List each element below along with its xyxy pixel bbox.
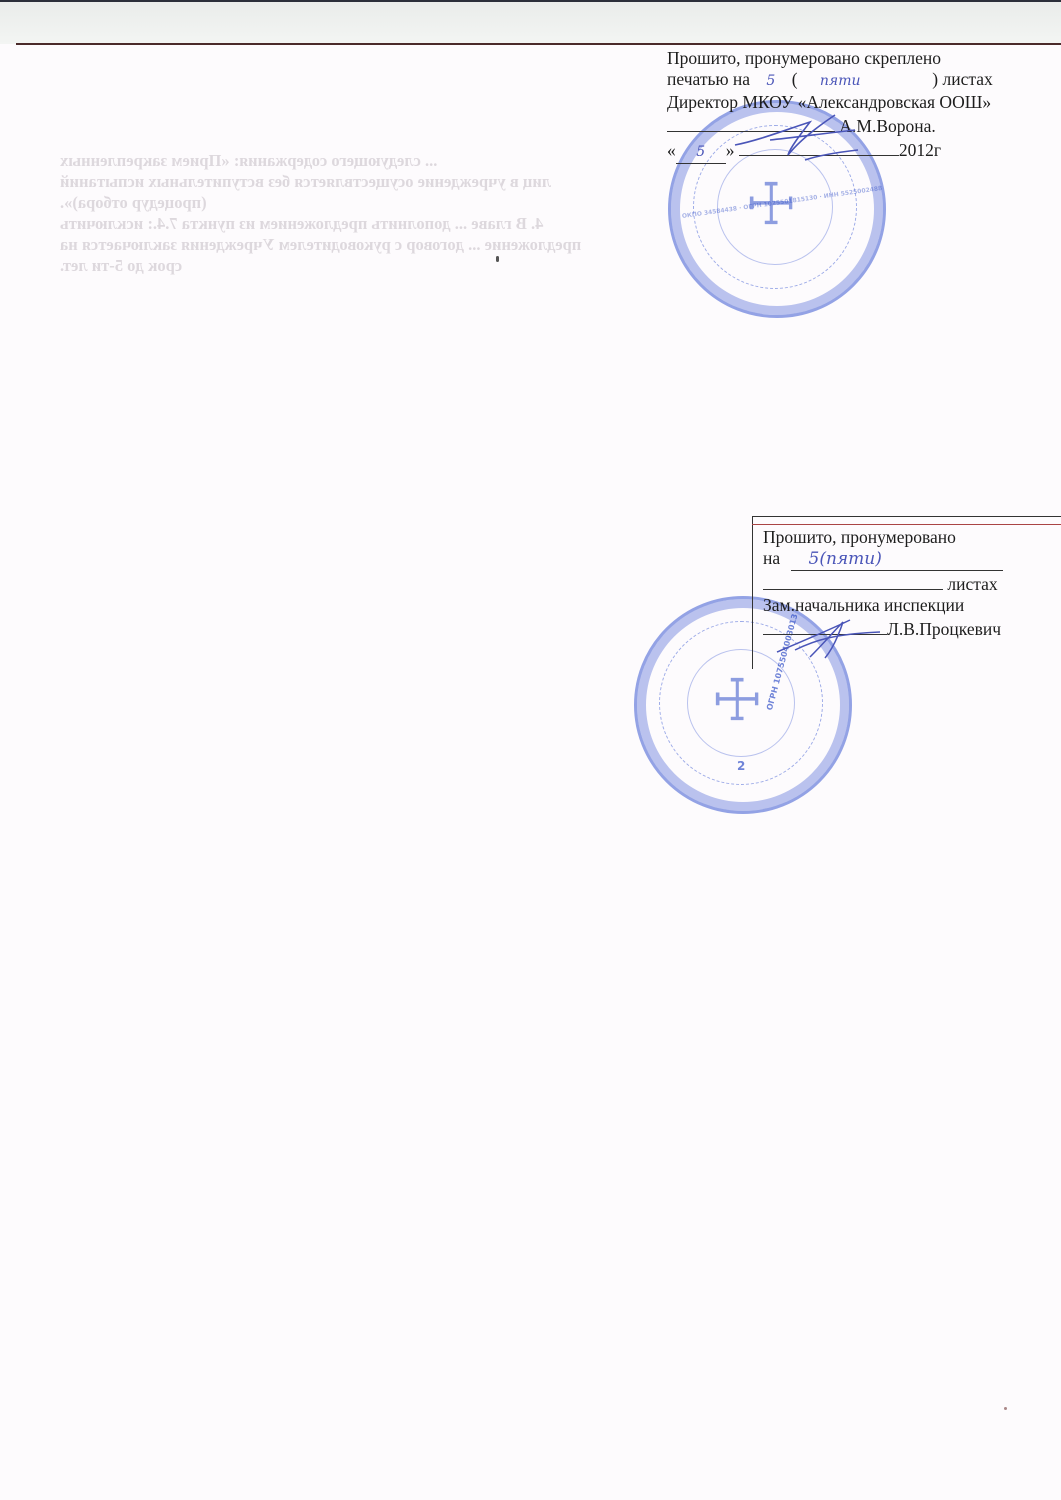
cert-text: листах (947, 574, 997, 594)
month-line (739, 137, 899, 156)
scanner-background (0, 0, 1061, 44)
handwritten-page-words: пяти (820, 71, 928, 92)
signature-line (763, 616, 887, 635)
handwritten-page-count: 5 (766, 73, 775, 89)
cert-line: Прошито, пронумеровано (763, 527, 1061, 548)
cert-line: печатью на 5 ( пяти ) листах (667, 69, 1061, 92)
cert-line: на 5(пяти) (763, 548, 1061, 571)
scan-speck (496, 256, 499, 262)
scan-speck (1004, 1407, 1007, 1410)
handwritten-day: 5 (696, 144, 705, 160)
handwritten-page-count: 5(пяти) (809, 549, 882, 569)
cert-text: « (667, 140, 676, 160)
cert-line: листах (763, 571, 1061, 595)
eagle-emblem-icon: ☩ (711, 671, 763, 729)
certification-block-bottom: Прошито, пронумеровано на 5(пяти) листах… (763, 527, 1061, 640)
cert-year: 2012г (899, 140, 941, 160)
cert-text: печатью на (667, 69, 750, 89)
signatory-name: Л.В.Процкевич (887, 619, 1001, 639)
stamp-center-number: 2 (737, 759, 745, 773)
scanner-edge (0, 0, 1061, 2)
cert-text: на (763, 548, 780, 568)
cert-line: Зам.начальника инспекции (763, 595, 1061, 616)
signatory-name: А.М.Ворона. (839, 116, 935, 136)
cert-text: » (726, 140, 735, 160)
signature-line (667, 113, 835, 132)
box-top-rule (752, 524, 1061, 525)
cert-text: ( (792, 69, 798, 89)
cert-line: Л.В.Процкевич (763, 616, 1061, 640)
cert-text: ) листах (932, 69, 992, 89)
cert-line: Прошито, пронумеровано скреплено (667, 48, 1061, 69)
cert-date-line: «5» 2012г (667, 137, 1061, 164)
blank-line (763, 571, 943, 590)
certification-block-top: Прошито, пронумеровано скреплено печатью… (667, 48, 1061, 164)
cert-line: А.М.Ворона. (667, 113, 1061, 137)
cert-line: Директор МКОУ «Александровская ООШ» (667, 92, 1061, 113)
